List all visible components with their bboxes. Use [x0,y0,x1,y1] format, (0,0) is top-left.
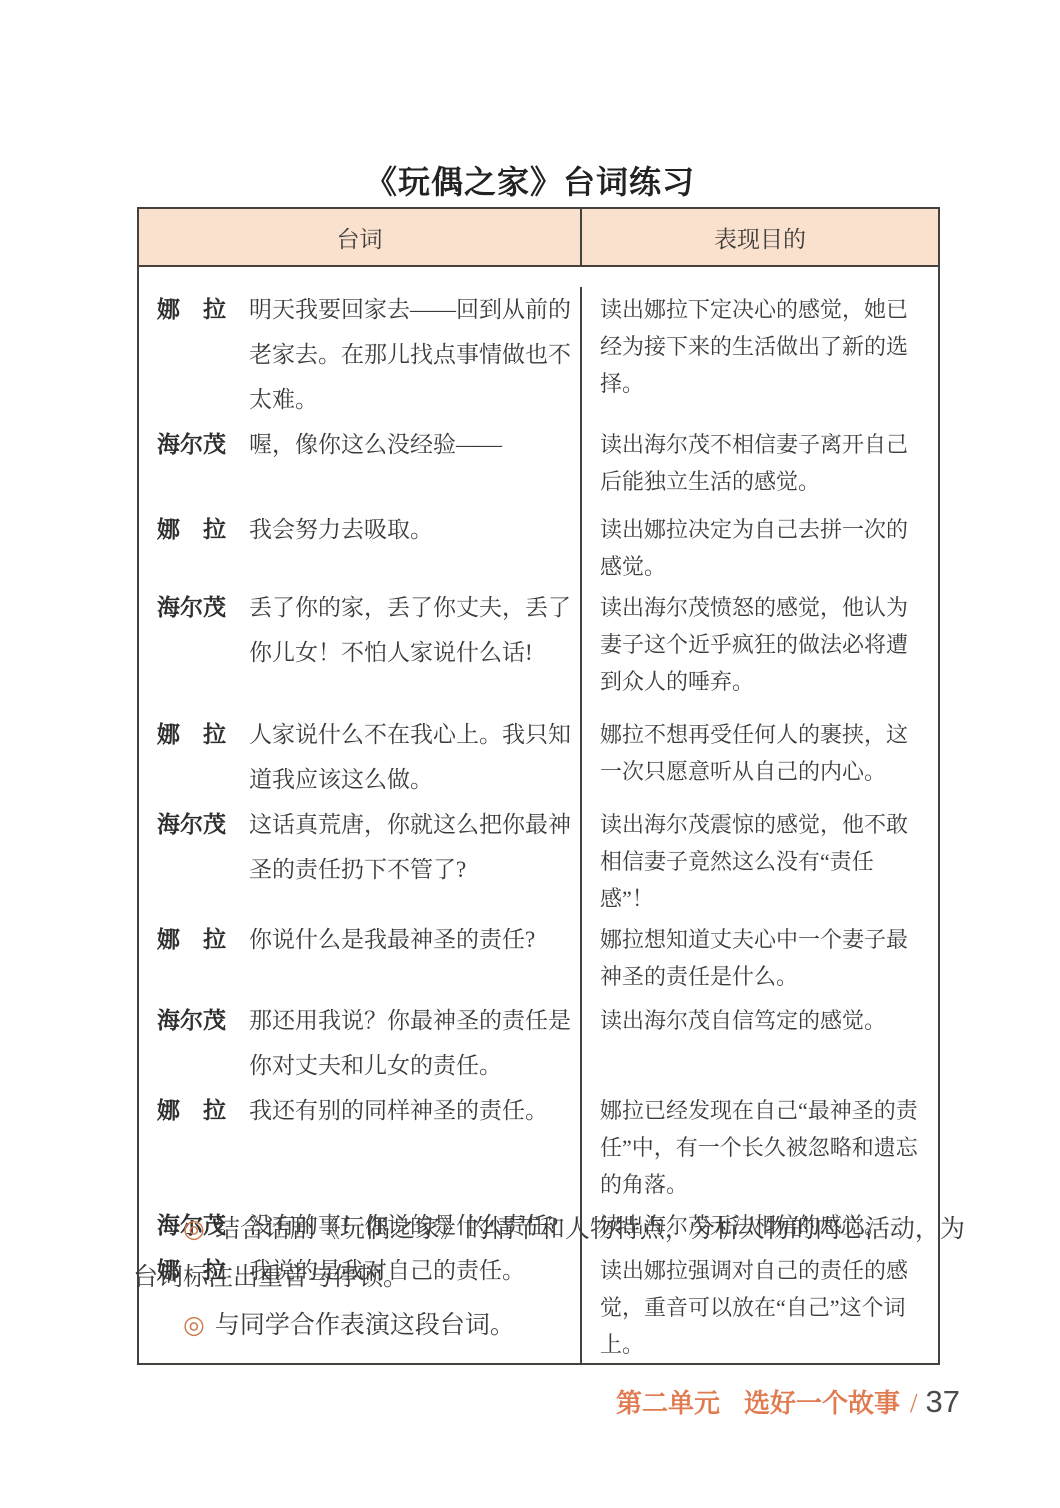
bullet-icon: ◎ [183,1216,215,1243]
footer-unit-label: 第二单元 [616,1383,720,1420]
speaker-label: 娜 拉 [157,1088,245,1133]
dialogue-text: 丢了你的家，丢了你丈夫，丢了你儿女！不怕人家说什么话! [245,585,572,675]
dialogue-text: 我会努力去吸取。 [245,507,572,552]
purpose-text: 读出娜拉下定决心的感觉，她已经为接下来的生活做出了新的选择。 [600,297,908,396]
dialogue-cell: 娜 拉 你说什么是我最神圣的责任? [139,917,582,998]
table-row: 娜 拉 我还有别的同样神圣的责任。 娜拉已经发现在自己“最神圣的责任”中，有一个… [139,1088,938,1203]
dialogue-text: 我还有别的同样神圣的责任。 [245,1088,572,1133]
speaker-label: 海尔茂 [157,585,245,630]
table-row: 海尔茂 丢了你的家，丢了你丈夫，丢了你儿女！不怕人家说什么话! 读出海尔茂愤怒的… [139,585,938,712]
purpose-cell: 娜拉不想再受任何人的裹挟，这一次只愿意听从自己的内心。 [582,712,938,802]
table-header-lines: 台词 [139,209,582,265]
table-header-row: 台词 表现目的 [139,209,938,267]
dialogue-cell: 娜 拉 我会努力去吸取。 [139,507,582,585]
purpose-cell: 读出娜拉下定决心的感觉，她已经为接下来的生活做出了新的选择。 [582,287,938,422]
purpose-text: 读出海尔茂愤怒的感觉，他认为妻子这个近乎疯狂的做法必将遭到众人的唾弃。 [600,595,908,694]
dialogue-text: 这话真荒唐，你就这么把你最神圣的责任扔下不管了? [245,802,572,892]
dialogue-cell: 娜 拉 人家说什么不在我心上。我只知道我应该这么做。 [139,712,582,802]
table-row: 海尔茂 这话真荒唐，你就这么把你最神圣的责任扔下不管了? 读出海尔茂震惊的感觉，… [139,802,938,917]
speaker-label: 海尔茂 [157,802,245,847]
note-item: ◎结合话剧《玩偶之家》的情节和人物特点，分析人物的内心活动，为台词标注出重音与停… [133,1206,975,1302]
purpose-cell: 娜拉想知道丈夫心中一个妻子最神圣的责任是什么。 [582,917,938,998]
purpose-text: 读出海尔茂自信笃定的感觉。 [600,1008,886,1033]
speaker-label: 娜 拉 [157,917,245,962]
footer-separator: / [910,1388,918,1419]
note-item: ◎与同学合作表演这段台词。 [133,1302,975,1350]
note-text: 与同学合作表演这段台词。 [215,1312,515,1339]
speaker-label: 娜 拉 [157,507,245,552]
dialogue-text: 人家说什么不在我心上。我只知道我应该这么做。 [245,712,572,802]
purpose-cell: 读出海尔茂愤怒的感觉，他认为妻子这个近乎疯狂的做法必将遭到众人的唾弃。 [582,585,938,712]
purpose-text: 读出娜拉决定为自己去拼一次的感觉。 [600,517,908,579]
speaker-label: 娜 拉 [157,287,245,332]
purpose-text: 娜拉想知道丈夫心中一个妻子最神圣的责任是什么。 [600,927,908,989]
table-row: 娜 拉 人家说什么不在我心上。我只知道我应该这么做。 娜拉不想再受任何人的裹挟，… [139,712,938,802]
dialogue-cell: 娜 拉 我还有别的同样神圣的责任。 [139,1088,582,1203]
dialogue-text: 你说什么是我最神圣的责任? [245,917,572,962]
purpose-cell: 读出海尔茂震惊的感觉，他不敢相信妻子竟然这么没有“责任感”！ [582,802,938,917]
speaker-label: 海尔茂 [157,998,245,1043]
table-body: 娜 拉 明天我要回家去——回到从前的老家去。在那儿找点事情做也不太难。 读出娜拉… [139,267,938,1363]
dialogue-cell: 海尔茂 丢了你的家，丢了你丈夫，丢了你儿女！不怕人家说什么话! [139,585,582,712]
table-row: 海尔茂 喔，像你这么没经验—— 读出海尔茂不相信妻子离开自己后能独立生活的感觉。 [139,422,938,507]
table-row: 海尔茂 那还用我说？你最神圣的责任是你对丈夫和儿女的责任。 读出海尔茂自信笃定的… [139,998,938,1088]
page-number: 37 [926,1384,960,1420]
speaker-label: 娜 拉 [157,712,245,757]
dialogue-cell: 娜 拉 明天我要回家去——回到从前的老家去。在那儿找点事情做也不太难。 [139,287,582,422]
dialogue-table: 台词 表现目的 娜 拉 明天我要回家去——回到从前的老家去。在那儿找点事情做也不… [137,207,940,1365]
footer-chapter-label: 选好一个故事 [744,1383,900,1420]
purpose-cell: 读出娜拉决定为自己去拼一次的感觉。 [582,507,938,585]
dialogue-cell: 海尔茂 喔，像你这么没经验—— [139,422,582,507]
dialogue-text: 喔，像你这么没经验—— [245,422,572,467]
table-row: 娜 拉 我会努力去吸取。 读出娜拉决定为自己去拼一次的感觉。 [139,507,938,585]
table-header-purpose: 表现目的 [582,209,938,265]
table-row: 娜 拉 明天我要回家去——回到从前的老家去。在那儿找点事情做也不太难。 读出娜拉… [139,287,938,422]
dialogue-cell: 海尔茂 这话真荒唐，你就这么把你最神圣的责任扔下不管了? [139,802,582,917]
dialogue-text: 那还用我说？你最神圣的责任是你对丈夫和儿女的责任。 [245,998,572,1088]
purpose-text: 读出海尔茂震惊的感觉，他不敢相信妻子竟然这么没有“责任感”！ [600,812,908,911]
dialogue-cell: 海尔茂 那还用我说？你最神圣的责任是你对丈夫和儿女的责任。 [139,998,582,1088]
purpose-cell: 读出海尔茂自信笃定的感觉。 [582,998,938,1088]
purpose-text: 读出海尔茂不相信妻子离开自己后能独立生活的感觉。 [600,432,908,494]
speaker-label: 海尔茂 [157,422,245,467]
page-title: 《玩偶之家》台词练习 [0,157,1060,203]
bullet-icon: ◎ [183,1312,215,1339]
page-footer: 第二单元 选好一个故事 / 37 [616,1383,960,1420]
note-text: 结合话剧《玩偶之家》的情节和人物特点，分析人物的内心活动，为台词标注出重音与停顿… [133,1216,965,1291]
exercise-notes: ◎结合话剧《玩偶之家》的情节和人物特点，分析人物的内心活动，为台词标注出重音与停… [133,1206,975,1350]
table-row: 娜 拉 你说什么是我最神圣的责任? 娜拉想知道丈夫心中一个妻子最神圣的责任是什么… [139,917,938,998]
purpose-cell: 娜拉已经发现在自己“最神圣的责任”中，有一个长久被忽略和遗忘的角落。 [582,1088,938,1203]
purpose-cell: 读出海尔茂不相信妻子离开自己后能独立生活的感觉。 [582,422,938,507]
purpose-text: 娜拉不想再受任何人的裹挟，这一次只愿意听从自己的内心。 [600,722,908,784]
purpose-text: 娜拉已经发现在自己“最神圣的责任”中，有一个长久被忽略和遗忘的角落。 [600,1098,918,1197]
dialogue-text: 明天我要回家去——回到从前的老家去。在那儿找点事情做也不太难。 [245,287,572,422]
